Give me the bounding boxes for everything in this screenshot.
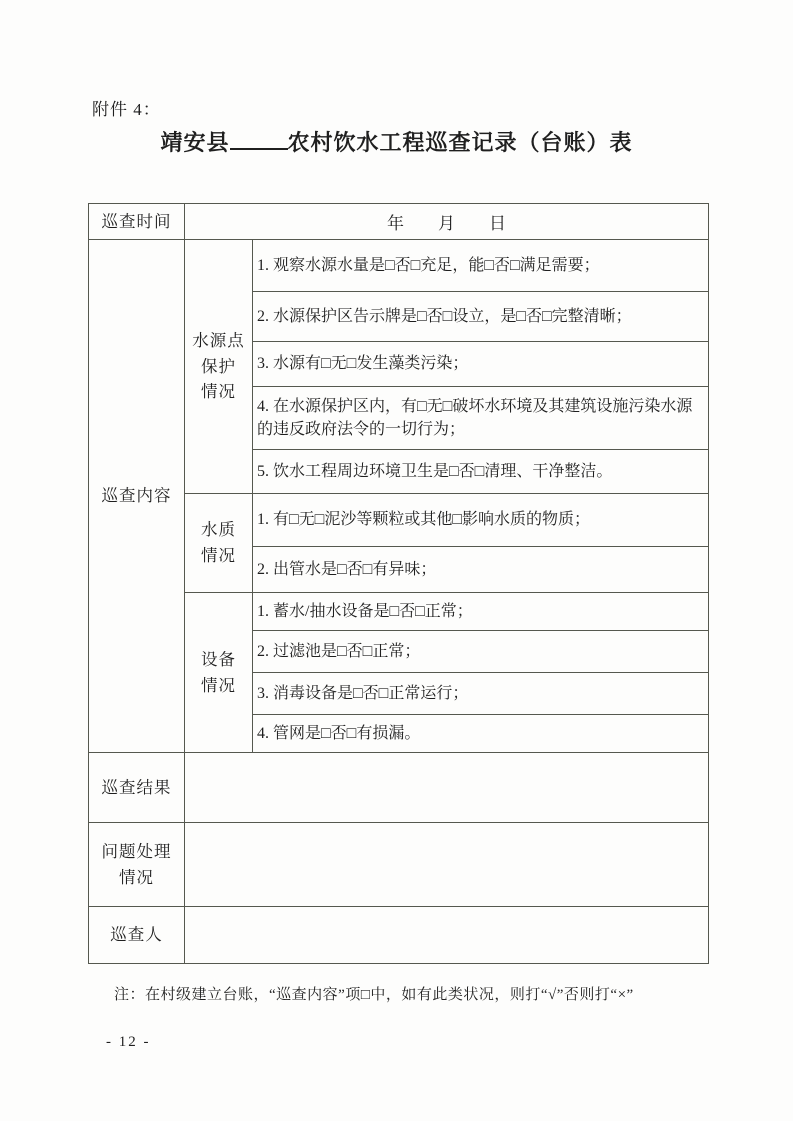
title-suffix: 农村饮水工程巡查记录（台账）表 (288, 130, 633, 155)
table-row: 巡查结果 (89, 753, 709, 823)
title-blank-underline (230, 146, 288, 150)
table-row: 问题处理 情况 (89, 823, 709, 907)
section-label-water-quality: 水质 情况 (185, 494, 253, 593)
inspection-date-cell: 年 月 日 (185, 204, 709, 240)
inspection-result-cell (185, 753, 709, 823)
row-label-inspection-time: 巡查时间 (89, 204, 185, 240)
attachment-label: 附件 4： (92, 95, 161, 120)
row-label-inspection-result: 巡查结果 (89, 753, 185, 823)
inspector-cell (185, 907, 709, 964)
row-label-issue-handling: 问题处理 情况 (89, 823, 185, 907)
document-page: 附件 4： 靖安县农村饮水工程巡查记录（台账）表 巡查时间 年 月 日 巡查内容… (0, 0, 793, 1121)
table-row: 巡查内容 水源点 保护 情况 1. 观察水源水量是□否□充足，能□否□满足需要； (89, 240, 709, 292)
title-prefix: 靖安县 (160, 130, 229, 155)
checklist-item-source-2: 2. 水源保护区告示牌是□否□设立，是□否□完整清晰； (253, 292, 709, 342)
checklist-item-quality-1: 1. 有□无□泥沙等颗粒或其他□影响水质的物质； (253, 494, 709, 547)
checklist-item-equipment-1: 1. 蓄水/抽水设备是□否□正常； (253, 593, 709, 631)
checklist-item-equipment-3: 3. 消毒设备是□否□正常运行； (253, 673, 709, 715)
page-number: - 12 - (106, 1034, 151, 1051)
checklist-item-source-5: 5. 饮水工程周边环境卫生是□否□清理、干净整洁。 (253, 450, 709, 494)
section-label-equipment: 设备 情况 (185, 593, 253, 753)
row-label-inspector: 巡查人 (89, 907, 185, 964)
row-label-inspection-content: 巡查内容 (89, 240, 185, 753)
issue-handling-cell (185, 823, 709, 907)
table-row: 巡查时间 年 月 日 (89, 204, 709, 240)
checklist-item-quality-2: 2. 出管水是□否□有异味； (253, 547, 709, 593)
table-row: 巡查人 (89, 907, 709, 964)
checklist-item-source-3: 3. 水源有□无□发生藻类污染； (253, 342, 709, 387)
checklist-item-equipment-2: 2. 过滤池是□否□正常； (253, 631, 709, 673)
checklist-item-source-1: 1. 观察水源水量是□否□充足，能□否□满足需要； (253, 240, 709, 292)
footnote: 注：在村级建立台账，“巡查内容”项□中，如有此类状况，则打“√”否则打“×” (114, 983, 724, 1004)
section-label-water-source-protection: 水源点 保护 情况 (185, 240, 253, 494)
checklist-item-equipment-4: 4. 管网是□否□有损漏。 (253, 715, 709, 753)
inspection-record-table: 巡查时间 年 月 日 巡查内容 水源点 保护 情况 1. 观察水源水量是□否□充… (88, 203, 709, 964)
checklist-item-source-4: 4. 在水源保护区内，有□无□破坏水环境及其建筑设施污染水源的违反政府法令的一切… (253, 387, 709, 450)
page-title: 靖安县农村饮水工程巡查记录（台账）表 (0, 126, 793, 157)
